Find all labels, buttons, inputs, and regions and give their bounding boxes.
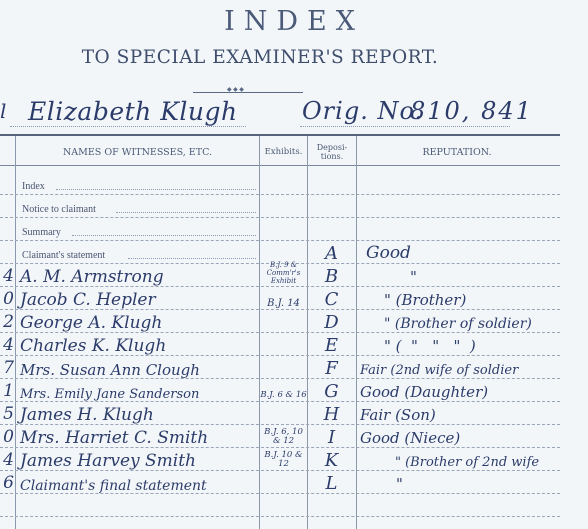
column-header-depositions: Deposi- tions. — [308, 140, 356, 164]
printed-row-summary: Summary — [0, 218, 560, 241]
row-label: Claimant's statement — [22, 250, 105, 261]
witness-row: 4 Charles K. Klugh E " ( " " " ) — [0, 333, 560, 356]
claimant-name-line — [10, 126, 246, 127]
deposition-letter: C — [307, 289, 356, 310]
reputation-value: " (Brother) — [384, 291, 466, 309]
witness-row: 1 Mrs. Emily Jane Sanderson B.J. 6 & 16 … — [0, 379, 560, 402]
reputation-value: Fair (2nd wife of soldier — [360, 363, 518, 378]
page-number: 4 — [0, 335, 14, 355]
witness-name: Charles K. Klugh — [20, 336, 166, 356]
ornament-divider — [193, 92, 303, 93]
exhibits-value: B.J. 6 & 16 — [260, 391, 307, 400]
exhibits-value: B.J. 9 & Comm'r's Exhibit — [260, 261, 307, 285]
claimant-line: l Elizabeth Klugh Orig. No. 810, 841 — [0, 97, 560, 129]
deposition-letter: K — [307, 450, 356, 471]
reputation-value: " ( " " " ) — [384, 337, 476, 355]
page-number: 4 — [0, 266, 14, 286]
deposition-letter: G — [307, 381, 356, 402]
row-label: Index — [22, 181, 45, 192]
witness-name: George A. Klugh — [20, 313, 162, 333]
witness-name: James H. Klugh — [20, 405, 154, 425]
page-number: 4 — [0, 450, 14, 470]
row-label: Notice to claimant — [22, 204, 96, 215]
reputation-value: Good — [366, 243, 411, 263]
reputation-value: " (Brother of 2nd wife — [395, 455, 539, 470]
claimant-name: Elizabeth Klugh — [28, 97, 238, 126]
page-title: INDEX — [0, 6, 588, 37]
page-number: 0 — [0, 289, 14, 309]
witness-row: 2 George A. Klugh D " (Brother of soldie… — [0, 310, 560, 333]
deposition-letter: E — [307, 335, 356, 356]
deposition-letter: I — [307, 427, 356, 448]
depositions-label-1: Deposi- — [317, 143, 347, 152]
deposition-letter: L — [307, 473, 356, 494]
exhibits-value: B.J. 6, 10 & 12 — [260, 428, 307, 446]
leader-dots — [72, 235, 256, 236]
page-number: 5 — [0, 404, 14, 424]
orig-number: 810, 841 — [410, 97, 533, 125]
leader-dots — [116, 212, 256, 213]
reputation-value: Good (Daughter) — [360, 383, 488, 401]
column-header-exhibits: Exhibits. — [260, 140, 307, 164]
deposition-letter: A — [307, 243, 356, 264]
witness-row: 0 Jacob C. Hepler B.J. 14 C " (Brother) — [0, 287, 560, 310]
page-number: 0 — [0, 427, 14, 447]
witness-row: 5 James H. Klugh H Fair (Son) — [0, 402, 560, 425]
orig-number-label: Orig. No. — [302, 97, 423, 125]
witness-row: 7 Mrs. Susan Ann Clough F Fair (2nd wife… — [0, 356, 560, 379]
witness-name: Mrs. Harriet C. Smith — [20, 428, 208, 448]
witness-row: 4 James Harvey Smith B.J. 10 & 12 K " (B… — [0, 448, 560, 471]
row-label: Summary — [22, 227, 61, 238]
page-subtitle: TO SPECIAL EXAMINER'S REPORT. — [40, 47, 480, 68]
column-header-names: NAMES OF WITNESSES, ETC. — [16, 140, 259, 164]
reputation-value: Good (Niece) — [360, 429, 460, 447]
deposition-letter: D — [307, 312, 356, 333]
reputation-value: " — [410, 268, 417, 286]
page-number: 1 — [0, 381, 14, 401]
witness-name: A. M. Armstrong — [20, 267, 164, 287]
witness-name: Mrs. Emily Jane Sanderson — [20, 387, 199, 402]
witness-name: Mrs. Susan Ann Clough — [20, 361, 200, 379]
printed-row-index: Index — [0, 172, 560, 195]
top-rule — [0, 134, 560, 136]
reputation-value: Fair (Son) — [360, 406, 436, 424]
reputation-value: " — [396, 475, 403, 493]
page-number: 2 — [0, 312, 14, 332]
claimant-prefix: l — [0, 99, 6, 123]
reputation-value: " (Brother of soldier) — [384, 316, 532, 332]
witness-name: James Harvey Smith — [20, 451, 196, 471]
page-number: 7 — [0, 358, 14, 378]
exhibits-value: B.J. 14 — [260, 299, 307, 308]
witness-row: 0 Mrs. Harriet C. Smith B.J. 6, 10 & 12 … — [0, 425, 560, 448]
depositions-label-2: tions. — [321, 152, 343, 161]
leader-dots — [128, 258, 256, 259]
orig-number-line — [300, 126, 510, 127]
printed-row-notice: Notice to claimant — [0, 195, 560, 218]
deposition-letter: F — [307, 358, 356, 379]
witness-row: 6 Claimant's final statement L " — [0, 471, 560, 494]
page-number: 6 — [0, 473, 14, 493]
witness-name: Jacob C. Hepler — [20, 290, 156, 310]
header-bottom-rule — [0, 165, 560, 166]
deposition-letter: H — [307, 404, 356, 425]
witness-name: Claimant's final statement — [20, 478, 207, 494]
row-rule — [0, 516, 560, 517]
witness-row: 4 A. M. Armstrong B.J. 9 & Comm'r's Exhi… — [0, 264, 560, 287]
deposition-letter: B — [307, 266, 356, 287]
column-header-reputation: REPUTATION. — [357, 140, 557, 164]
leader-dots — [56, 189, 256, 190]
exhibits-value: B.J. 10 & 12 — [260, 451, 307, 469]
empty-row — [0, 494, 560, 517]
